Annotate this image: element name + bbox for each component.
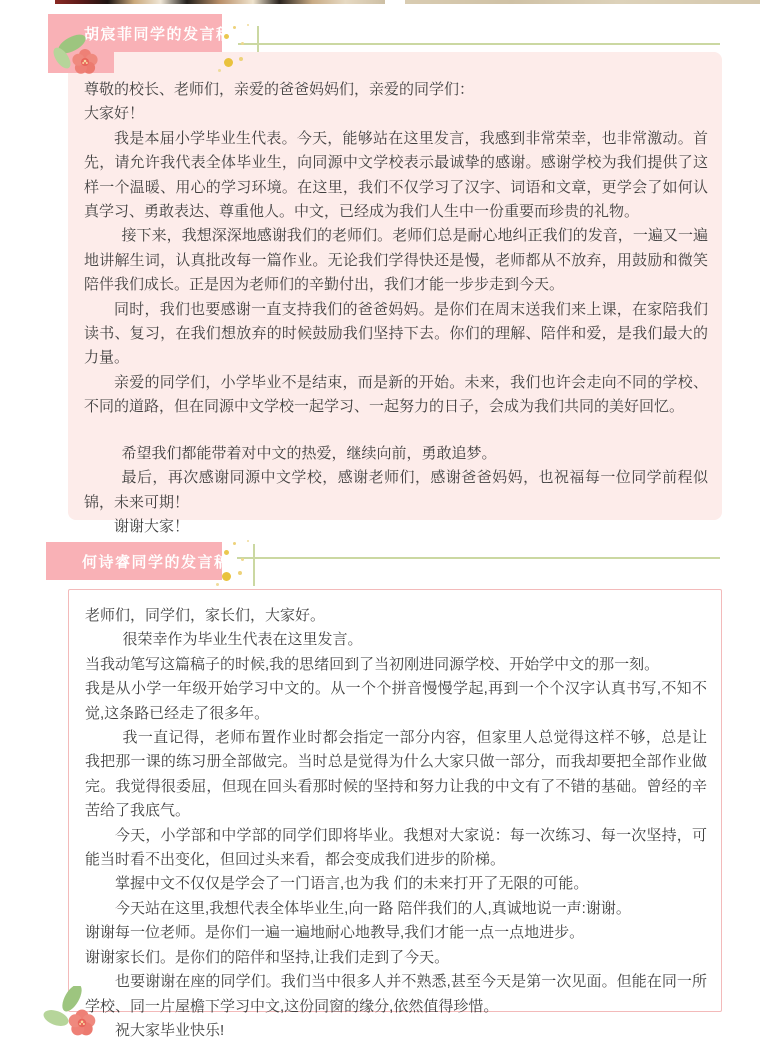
page: { "sections": [ { "banner": { "title": "… xyxy=(0,0,760,1042)
gold-dot xyxy=(224,58,233,67)
gold-dot xyxy=(233,26,236,29)
speech-paragraph: 掌握中文不仅仅是学会了一门语言,也为我 们的未来打开了无限的可能。 xyxy=(85,872,707,896)
top-photo-strip-right xyxy=(405,0,760,4)
speech-paragraph: 今天站在这里,我想代表全体毕业生,向一路 陪伴我们的人,真诚地说一声:谢谢。 xyxy=(85,897,707,921)
speech-paragraph: 我是从小学一年级开始学习中文的。从一个个拼音慢慢学起,再到一个个汉字认真书写,不… xyxy=(85,677,707,726)
speech-paragraph: 当我动笔写这篇稿子的时候,我的思绪回到了当初刚进同源学校、开始学中文的那一刻。 xyxy=(85,653,707,677)
gold-dot xyxy=(239,57,243,61)
speech-paragraph: 很荣幸作为毕业生代表在这里发言。 xyxy=(85,628,707,652)
gold-dot xyxy=(247,24,249,26)
gold-dot xyxy=(238,571,242,575)
gold-dot xyxy=(233,542,236,545)
speech-paragraph: 大家好！ xyxy=(84,102,708,126)
speech-paragraph: 希望我们都能带着对中文的热爱，继续向前，勇敢追梦。 xyxy=(84,442,708,466)
speech-box-1: 尊敬的校长、老师们，亲爱的爸爸妈妈们，亲爱的同学们：大家好！我是本届小学毕业生代… xyxy=(68,52,722,520)
speech-paragraph: 谢谢家长们。是你们的陪伴和坚持,让我们走到了今天。 xyxy=(85,946,707,970)
gold-dot xyxy=(241,42,244,45)
speech-paragraph: 尊敬的校长、老师们，亲爱的爸爸妈妈们，亲爱的同学们： xyxy=(84,78,708,102)
gold-dot xyxy=(218,69,221,72)
speech-paragraph: 老师们，同学们，家长们，大家好。 xyxy=(85,604,707,628)
speech-paragraph: 接下来，我想深深地感谢我们的老师们。老师们总是耐心地纠正我们的发音，一遍又一遍地… xyxy=(84,224,708,297)
flower-decoration-icon xyxy=(42,986,106,1040)
speech-paragraph: 最后，再次感谢同源中文学校，感谢老师们，感谢爸爸妈妈，也祝福每一位同学前程似锦，… xyxy=(84,466,708,515)
speech-text-2: 老师们，同学们，家长们，大家好。很荣幸作为毕业生代表在这里发言。当我动笔写这篇稿… xyxy=(69,590,721,1042)
speech-paragraph: 谢谢每一位老师。是你们一遍一遍地耐心地教导,我们才能一点一点地进步。 xyxy=(85,921,707,945)
speech-paragraph: 谢谢大家！ xyxy=(84,515,708,539)
gold-dot xyxy=(224,34,229,39)
speech-paragraph: 祝大家毕业快乐! xyxy=(85,1019,707,1042)
gold-dot xyxy=(222,572,231,581)
gold-dot xyxy=(216,583,219,586)
speech-paragraph: 同时，我们也要感谢一直支持我们的爸爸妈妈。是你们在周末送我们来上课，在家陪我们读… xyxy=(84,298,708,371)
speech-paragraph: 我是本届小学毕业生代表。今天，能够站在这里发言，我感到非常荣幸，也非常激动。首先… xyxy=(84,127,708,225)
speech-paragraph: 今天，小学部和中学部的同学们即将毕业。我想对大家说：每一次练习、每一次坚持，可能… xyxy=(85,824,707,873)
speech-text-1: 尊敬的校长、老师们，亲爱的爸爸妈妈们，亲爱的同学们：大家好！我是本届小学毕业生代… xyxy=(68,52,722,539)
banner-title-2: 何诗睿同学的发言稿 xyxy=(46,551,231,572)
flower-decoration-icon xyxy=(50,32,108,78)
top-photo-strip-left xyxy=(55,0,385,4)
speech-box-2: 老师们，同学们，家长们，大家好。很荣幸作为毕业生代表在这里发言。当我动笔写这篇稿… xyxy=(68,589,722,1012)
green-tick-line-2 xyxy=(253,544,255,586)
gold-dot xyxy=(224,550,229,555)
speech-paragraph: 亲爱的同学们，小学毕业不是结束，而是新的开始。未来，我们也许会走向不同的学校、不… xyxy=(84,371,708,420)
banner-speech-2: 何诗睿同学的发言稿 xyxy=(46,542,222,580)
speech-paragraph: 也要谢谢在座的同学们。我们当中很多人并不熟悉,甚至今天是第一次见面。但能在同一所… xyxy=(85,970,707,1019)
green-divider-line-2 xyxy=(237,557,720,559)
gold-dot xyxy=(241,558,244,561)
speech-paragraph: 我一直记得，老师布置作业时都会指定一部分内容，但家里人总觉得这样不够，总是让我把… xyxy=(85,726,707,824)
green-divider-line-1 xyxy=(238,43,720,45)
gold-dot xyxy=(247,540,249,542)
